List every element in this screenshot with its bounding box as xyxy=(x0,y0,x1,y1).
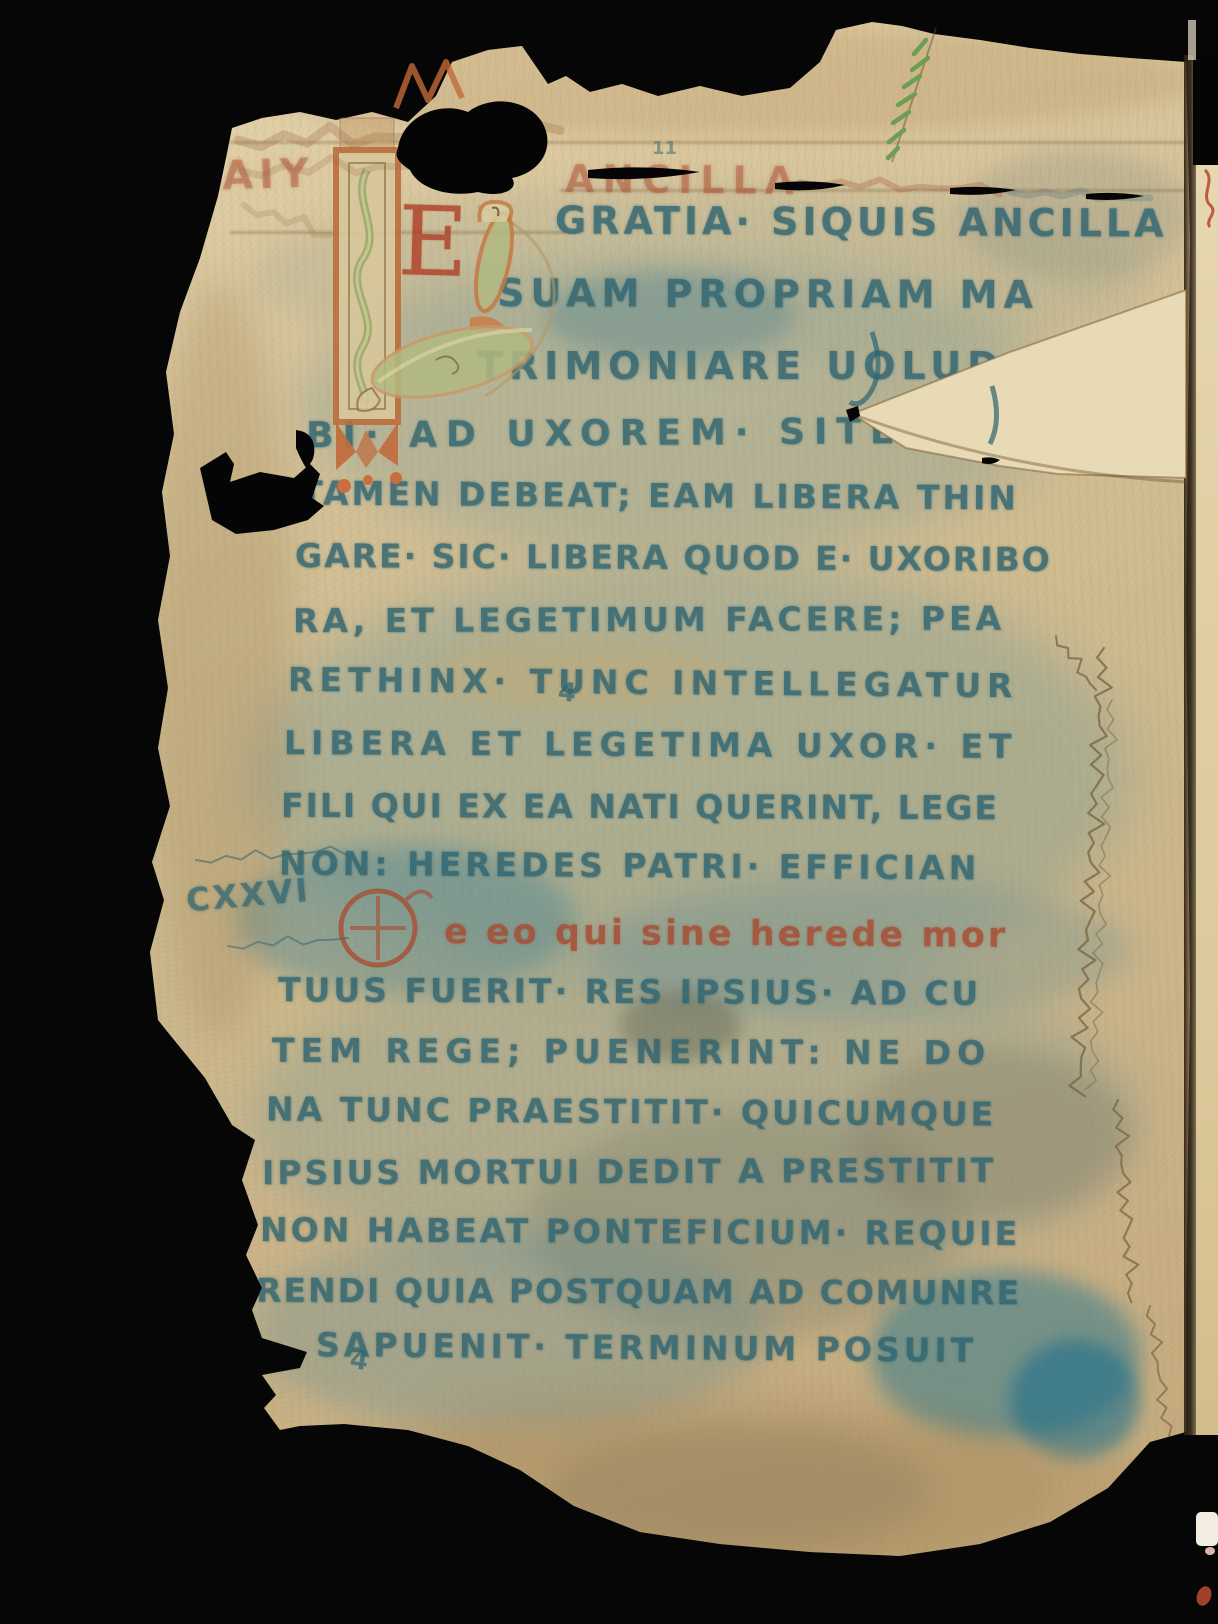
paper-wedge xyxy=(1188,20,1196,60)
script-line: TAMEN DEBEAT; EAM LIBERA THIN xyxy=(300,473,1019,517)
script-line: TEM REGE; PUENERINT: NE DO xyxy=(272,1031,991,1073)
script-line: NA TUNC PRAESTITIT· QUICUMQUE xyxy=(266,1089,996,1133)
manuscript-photo: AIY ANCILLA 11 E GRATIA· SIQUIS ANCILLA … xyxy=(0,0,1218,1624)
script-line: SAPUENIT· TERMINUM POSUIT xyxy=(316,1325,978,1370)
paper-patch xyxy=(1196,1512,1218,1546)
script-line: BI· AD UXOREM· SITET xyxy=(306,411,937,456)
script-line: GARE· SIC· LIBERA QUOD E· UXORIBO xyxy=(295,536,1052,579)
crease-line xyxy=(230,141,1185,144)
stain xyxy=(850,1050,1130,1220)
script-line: NON HABEAT PONTEFICIUM· REQUIE xyxy=(260,1210,1020,1253)
next-folio-edge xyxy=(1196,60,1218,1435)
book-gutter xyxy=(1184,55,1196,1435)
script-line: RA, ET LEGETIMUM FACERE; PEA xyxy=(293,599,1005,640)
stain xyxy=(250,1425,1210,1575)
script-line: NON: HEREDES PATRI· EFFICIAN xyxy=(279,844,980,888)
interlinear-mark: 11 xyxy=(652,138,677,159)
stain xyxy=(150,280,290,1040)
header-rubric-faded: ANCILLA xyxy=(565,157,802,203)
parchment-leaf: AIY ANCILLA 11 E GRATIA· SIQUIS ANCILLA … xyxy=(0,0,1218,1624)
red-mark xyxy=(1194,1584,1214,1608)
script-line: RENDI QUIA POSTQUAM AD COMUNRE xyxy=(256,1271,1021,1313)
script-line: GRATIA· SIQUIS ANCILLA xyxy=(555,198,1168,245)
rubric-line: e eo qui sine herede mor xyxy=(444,912,1008,956)
gutter-shadow xyxy=(1193,55,1218,165)
script-line: SUAM PROPRIAM MA xyxy=(497,271,1039,317)
script-line: TRIMONIARE UOLUD xyxy=(477,344,1005,388)
script-line: RETHINX· TUNC INTELLEGATUR xyxy=(288,660,1019,705)
script-line: FILI QUI EX EA NATI QUERINT, LEGE xyxy=(281,786,999,828)
script-line: TUUS FUERIT· RES IPSIUS· AD CU xyxy=(278,970,981,1013)
paper-speck xyxy=(1205,1547,1215,1555)
stain xyxy=(220,25,1200,135)
script-line: LIBERA ET LEGETIMA UXOR· ET xyxy=(284,723,1018,766)
header-fragment: AIY xyxy=(221,150,315,199)
script-line: IPSIUS MORTUI DEDIT A PRESTITIT xyxy=(262,1151,996,1193)
red-initial-letter: E xyxy=(397,185,470,299)
